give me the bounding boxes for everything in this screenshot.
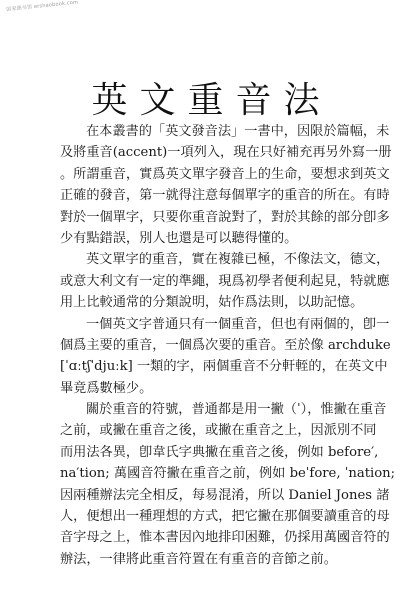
text-line: 之前，或撇在重音之後，或撇在重音之上，因派別不同 bbox=[60, 420, 356, 441]
text-line: 而用法各異，卽韋氏字典撇在重音之後，例如 before′, bbox=[60, 442, 356, 463]
page-title: 英文重音法 bbox=[0, 72, 413, 123]
text-line: [ˈɑːtʃˈdjuːk] 一類的字，兩個重音不分軒輊的，在英文中 bbox=[60, 356, 356, 377]
paragraph-4: 關於重音的符號，普通都是用一撇（ˈ），惟撇在重音 之前，或撇在重音之後，或撇在重… bbox=[60, 399, 356, 570]
paragraph-3: 一個英文字普通只有一個重音，但也有兩個的，卽一 個爲主要的重音，一個爲次要的重音… bbox=[60, 314, 356, 400]
text-line: 個爲主要的重音，一個爲次要的重音。至於像 archduke bbox=[60, 335, 356, 356]
text-line: 及將重音(accent)一項列入，現在只好補充再另外寫一册 bbox=[60, 142, 356, 163]
text-line: 對於一個單字，只要你重音說對了，對於其餘的部分卽多 bbox=[60, 207, 356, 228]
watermark: 国家图书馆 ershaobook.com bbox=[6, 0, 78, 13]
text-line: 辦法，一律將此重音符置在有重音的音節之前。 bbox=[60, 549, 356, 570]
paragraph-2: 英文單字的重音，實在複雜已極，不像法文，德文， 或意大利文有一定的準繩，現爲初學… bbox=[60, 249, 356, 313]
text-line: 正確的發音，第一就得注意每個單字的重音的所在。有時 bbox=[60, 185, 356, 206]
text-line: 音字母之上，惟本書因內地排印困難，仍採用萬國音符的 bbox=[60, 527, 356, 548]
text-line: 人，便想出一種理想的方式，把它撇在那個要讀重音的母 bbox=[60, 506, 356, 527]
body-text: 在本叢書的「英文發音法」一書中，因限於篇幅，未 及將重音(accent)一項列入… bbox=[60, 121, 356, 570]
text-line: 畢竟爲數極少。 bbox=[60, 378, 356, 399]
text-line: 關於重音的符號，普通都是用一撇（ˈ），惟撇在重音 bbox=[60, 399, 356, 420]
text-line: 一個英文字普通只有一個重音，但也有兩個的，卽一 bbox=[60, 314, 356, 335]
text-line: na′tion; 萬國音符撇在重音之前，例如 beˈfore, ˈnation; bbox=[60, 463, 356, 484]
text-line: 英文單字的重音，實在複雜已極，不像法文，德文， bbox=[60, 249, 356, 270]
paragraph-1: 在本叢書的「英文發音法」一書中，因限於篇幅，未 及將重音(accent)一項列入… bbox=[60, 121, 356, 249]
text-line: 少有點錯誤，別人也還是可以聽得懂的。 bbox=[60, 228, 356, 249]
text-line: 或意大利文有一定的準繩，現爲初學者便利起見，特就應 bbox=[60, 271, 356, 292]
text-line: 用上比較通常的分類說明，姑作爲法則，以助記憶。 bbox=[60, 292, 356, 313]
text-line: 在本叢書的「英文發音法」一書中，因限於篇幅，未 bbox=[60, 121, 356, 142]
text-line: 。所謂重音，實爲英文單字發音上的生命，要想求到英文 bbox=[60, 164, 356, 185]
text-line: 因兩種辦法完全相反，每易混淆，所以 Daniel Jones 諸 bbox=[60, 485, 356, 506]
